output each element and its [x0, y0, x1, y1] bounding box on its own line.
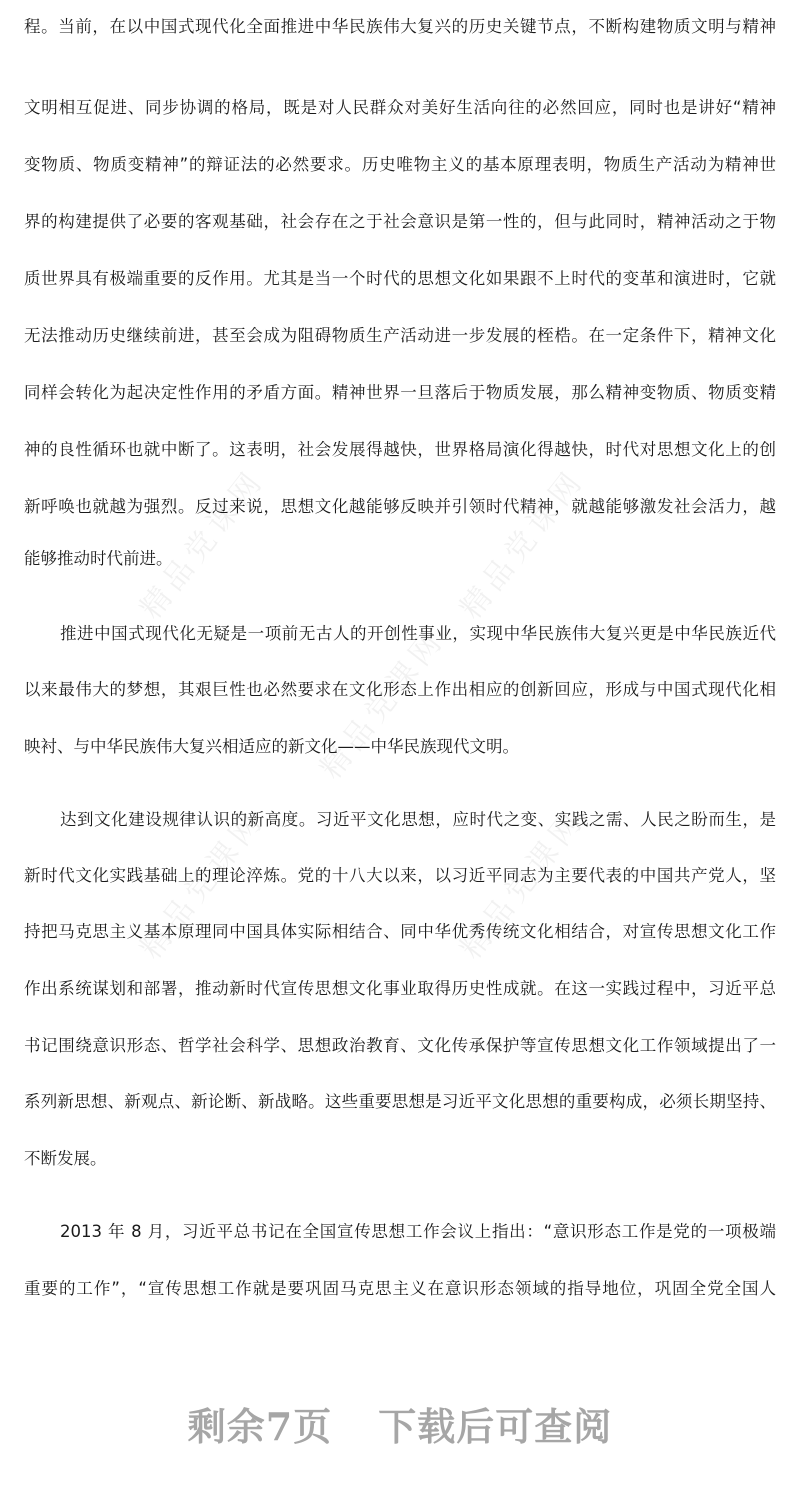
remaining-pages-label: 剩余7页: [188, 1396, 332, 1451]
text-line: 系列新思想、新观点、新论断、新战略。这些重要思想是习近平文化思想的重要构成，必须…: [24, 1091, 776, 1113]
text-line: 映衬、与中华民族伟大复兴相适应的新文化——中华民族现代文明。: [24, 736, 776, 758]
text-line: 无法推动历史继续前进，甚至会成为阻碍物质生产活动进一步发展的桎梏。在一定条件下，…: [24, 325, 776, 347]
text-line: 同样会转化为起决定性作用的矛盾方面。精神世界一旦落后于物质发展，那么精神变物质、…: [24, 382, 776, 404]
watermark: 精品党课网: [447, 458, 592, 627]
text-line: 质世界具有极端重要的反作用。尤其是当一个时代的思想文化如果跟不上时代的变革和演进…: [24, 268, 776, 290]
text-line: 推进中国式现代化无疑是一项前无古人的开创性事业，实现中华民族伟大复兴更是中华民族…: [60, 623, 776, 645]
text-line: 作出系统谋划和部署，推动新时代宣传思想文化事业取得历史性成就。在这一实践过程中，…: [24, 978, 776, 1000]
remaining-pages-notice[interactable]: 剩余7页下载后可查阅: [0, 1396, 800, 1451]
text-line: 能够推动时代前进。: [24, 548, 776, 570]
text-line: 2013 年 8 月，习近平总书记在全国宣传思想工作会议上指出：“意识形态工作是…: [60, 1221, 776, 1243]
text-line: 书记围绕意识形态、哲学社会科学、思想政治教育、文化传承保护等宣传思想文化工作领域…: [24, 1035, 776, 1057]
text-line: 程。当前，在以中国式现代化全面推进中华民族伟大复兴的历史关键节点，不断构建物质文…: [24, 16, 776, 38]
text-line: 新呼唤也就越为强烈。反过来说，思想文化越能够反映并引领时代精神，就越能够激发社会…: [24, 496, 776, 518]
text-line: 新时代文化实践基础上的理论淬炼。党的十八大以来，以习近平同志为主要代表的中国共产…: [24, 865, 776, 887]
text-line: 神的良性循环也就中断了。这表明，社会发展得越快，世界格局演化得越快，时代对思想文…: [24, 439, 776, 461]
text-line: 重要的工作”，“宣传思想工作就是要巩固马克思主义在意识形态领域的指导地位，巩固全…: [24, 1278, 776, 1300]
text-line: 不断发展。: [24, 1148, 776, 1170]
text-line: 持把马克思主义基本原理同中国具体实际相结合、同中华优秀传统文化相结合，对宣传思想…: [24, 921, 776, 943]
text-line: 达到文化建设规律认识的新高度。习近平文化思想，应时代之变、实践之需、人民之盼而生…: [60, 809, 776, 831]
download-to-view-label: 下载后可查阅: [378, 1396, 612, 1451]
watermark: 精品党课网: [127, 458, 272, 627]
text-line: 以来最伟大的梦想，其艰巨性也必然要求在文化形态上作出相应的创新回应，形成与中国式…: [24, 679, 776, 701]
text-line: 界的构建提供了必要的客观基础，社会存在之于社会意识是第一性的，但与此同时，精神活…: [24, 211, 776, 233]
text-line: 变物质、物质变精神”的辩证法的必然要求。历史唯物主义的基本原理表明，物质生产活动…: [24, 154, 776, 176]
text-line: 文明相互促进、同步协调的格局，既是对人民群众对美好生活向往的必然回应，同时也是讲…: [24, 97, 776, 119]
